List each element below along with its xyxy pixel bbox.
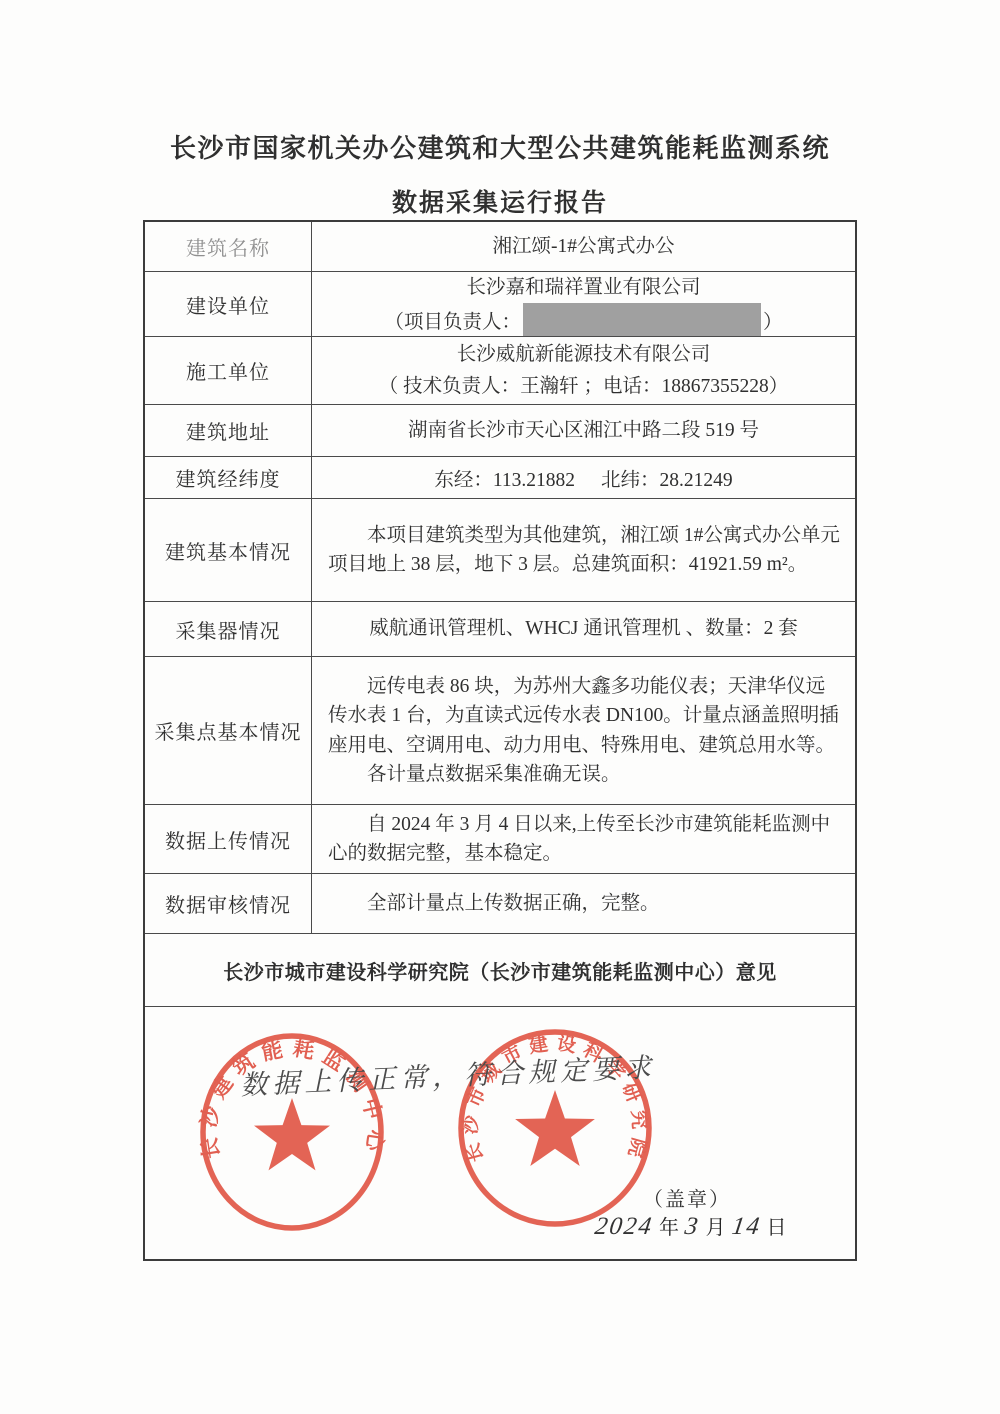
row-label: 建筑基本情况 <box>145 499 312 601</box>
row-value: 威航通讯管理机、WHCJ 通讯管理机 、数量：2 套 <box>312 602 855 656</box>
contractor-company-name: 长沙威航新能源技术有限公司 <box>457 339 711 370</box>
row-value: 本项目建筑类型为其他建筑，湘江颂 1#公寓式办公单元项目地上 38 层，地下 3… <box>312 499 855 601</box>
row-label: 采集器情况 <box>145 602 312 656</box>
row-label: 建筑经纬度 <box>145 457 312 498</box>
date-day: 14 <box>730 1213 763 1241</box>
building-overview-paragraph: 本项目建筑类型为其他建筑，湘江颂 1#公寓式办公单元项目地上 38 层，地下 3… <box>328 521 841 580</box>
seal-here-label: （盖章） <box>643 1183 731 1212</box>
report-table: 建筑名称 湘江颂-1#公寓式办公 建设单位 长沙嘉和瑞祥置业有限公司 （项目负责… <box>143 220 857 1261</box>
row-value: 长沙嘉和瑞祥置业有限公司 （项目负责人： ） <box>312 272 855 336</box>
coordinates-value: 东经：113.21882 北纬：28.21249 <box>434 464 732 492</box>
latitude-value: 北纬：28.21249 <box>601 464 733 492</box>
row-value: 远传电表 86 块，为苏州大鑫多功能仪表；天津华仪远传水表 1 台，为直读式远传… <box>312 657 855 804</box>
row-value: 湘江颂-1#公寓式办公 <box>312 222 855 271</box>
opinion-header: 长沙市城市建设科学研究院（长沙市建筑能耗监测中心）意见 <box>145 934 855 1006</box>
table-row-collector-info: 采集器情况 威航通讯管理机、WHCJ 通讯管理机 、数量：2 套 <box>145 602 855 657</box>
report-page: 长沙市国家机关办公建筑和大型公共建筑能耗监测系统 数据采集运行报告 建筑名称 湘… <box>0 0 1000 1414</box>
row-label: 施工单位 <box>145 337 312 404</box>
row-label: 建筑名称 <box>145 222 312 271</box>
contractor-contact-line: （ 技术负责人：王瀚轩 ；电话：18867355228） <box>379 371 789 402</box>
row-value: 长沙威航新能源技术有限公司 （ 技术负责人：王瀚轩 ；电话：1886735522… <box>312 337 855 404</box>
data-review-paragraph: 全部计量点上传数据正确，完整。 <box>328 889 841 918</box>
stamp-area: 长沙建筑能耗监测中心 长沙市城市建设科学研究院 数据上传正常，符合规定要求 <box>145 1007 855 1259</box>
data-upload-paragraph: 自 2024 年 3 月 4 日以来,上传至长沙市建筑能耗监测中心的数据完整，基… <box>328 810 841 869</box>
table-row-opinion-header: 长沙市城市建设科学研究院（长沙市建筑能耗监测中心）意见 <box>145 934 855 1007</box>
report-title-line2: 数据采集运行报告 <box>0 183 1000 219</box>
date-year-unit: 年 <box>659 1211 679 1240</box>
date-month: 3 <box>683 1213 701 1241</box>
owner-company-name: 长沙嘉和瑞祥置业有限公司 <box>466 272 700 303</box>
row-value: 自 2024 年 3 月 4 日以来,上传至长沙市建筑能耗监测中心的数据完整，基… <box>312 805 855 873</box>
table-row-coordinates: 建筑经纬度 东经：113.21882 北纬：28.21249 <box>145 457 855 499</box>
owner-manager-suffix: ） <box>763 306 783 334</box>
row-label: 建筑地址 <box>145 405 312 456</box>
owner-manager-line: （项目负责人： ） <box>384 303 782 336</box>
table-row-stamp-area: 长沙建筑能耗监测中心 长沙市城市建设科学研究院 数据上传正常，符合规定要求 <box>145 1007 855 1259</box>
table-row-construction-owner: 建设单位 长沙嘉和瑞祥置业有限公司 （项目负责人： ） <box>145 272 855 337</box>
table-row-building-name: 建筑名称 湘江颂-1#公寓式办公 <box>145 222 855 272</box>
row-value: 东经：113.21882 北纬：28.21249 <box>312 457 855 498</box>
row-label: 数据审核情况 <box>145 874 312 933</box>
report-title-line1: 长沙市国家机关办公建筑和大型公共建筑能耗监测系统 <box>0 128 1000 165</box>
table-row-contractor: 施工单位 长沙威航新能源技术有限公司 （ 技术负责人：王瀚轩 ；电话：18867… <box>145 337 855 405</box>
row-value: 全部计量点上传数据正确，完整。 <box>312 874 855 933</box>
table-row-metering-points: 采集点基本情况 远传电表 86 块，为苏州大鑫多功能仪表；天津华仪远传水表 1 … <box>145 657 855 805</box>
table-row-address: 建筑地址 湖南省长沙市天心区湘江中路二段 519 号 <box>145 405 855 457</box>
redaction-box <box>523 303 761 336</box>
table-row-building-overview: 建筑基本情况 本项目建筑类型为其他建筑，湘江颂 1#公寓式办公单元项目地上 38… <box>145 499 855 602</box>
owner-manager-prefix: （项目负责人： <box>384 306 521 334</box>
building-name-value: 湘江颂-1#公寓式办公 <box>493 231 675 262</box>
star-icon <box>515 1090 595 1166</box>
row-value: 湖南省长沙市天心区湘江中路二段 519 号 <box>312 405 855 456</box>
stamp-date: 2024 年 3 月 14 日 <box>595 1211 787 1241</box>
metering-points-paragraph-2: 各计量点数据采集准确无误。 <box>328 760 841 789</box>
row-label: 数据上传情况 <box>145 805 312 873</box>
date-year: 2024 <box>593 1213 655 1241</box>
address-value: 湖南省长沙市天心区湘江中路二段 519 号 <box>408 415 759 446</box>
date-month-unit: 月 <box>706 1211 726 1240</box>
collector-info-value: 威航通讯管理机、WHCJ 通讯管理机 、数量：2 套 <box>369 613 797 644</box>
row-label: 采集点基本情况 <box>145 657 312 804</box>
date-day-unit: 日 <box>767 1211 787 1240</box>
star-icon <box>254 1098 330 1170</box>
longitude-value: 东经：113.21882 <box>434 464 575 492</box>
metering-points-paragraph-1: 远传电表 86 块，为苏州大鑫多功能仪表；天津华仪远传水表 1 台，为直读式远传… <box>328 672 841 760</box>
table-row-data-upload: 数据上传情况 自 2024 年 3 月 4 日以来,上传至长沙市建筑能耗监测中心… <box>145 805 855 874</box>
table-row-data-review: 数据审核情况 全部计量点上传数据正确，完整。 <box>145 874 855 934</box>
row-label: 建设单位 <box>145 272 312 336</box>
